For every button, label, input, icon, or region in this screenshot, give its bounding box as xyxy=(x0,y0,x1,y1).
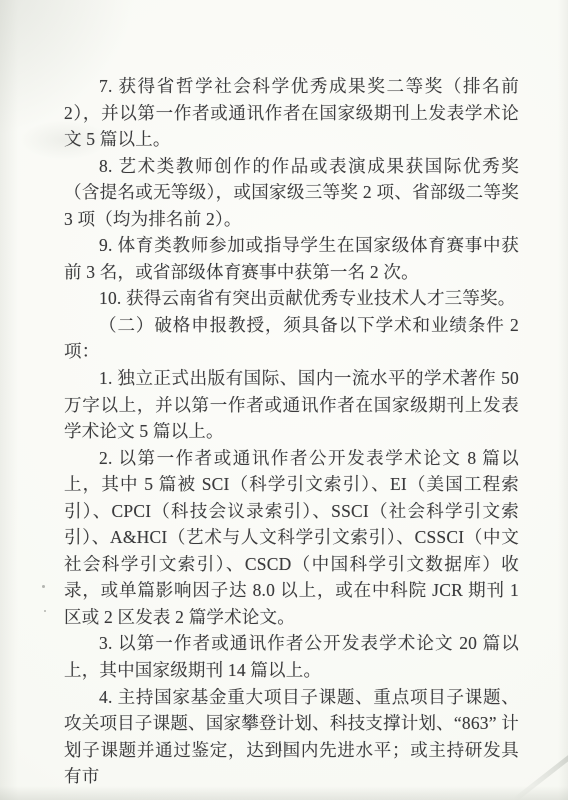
scan-speck xyxy=(44,610,46,612)
paragraph-condition-4: 4. 主持国家基金重大项目子课题、重点项目子课题、攻关项目子课题、国家攀登计划、… xyxy=(64,684,519,790)
paragraph-item-8: 8. 艺术类教师创作的作品或表演成果获国际优秀奖（含提名或无等级），或国家级三等… xyxy=(64,153,519,233)
paragraph-item-9: 9. 体育类教师参加或指导学生在国家级体育赛事中获前 3 名，或省部级体育赛事中… xyxy=(64,232,519,285)
paragraph-condition-1: 1. 独立正式出版有国际、国内一流水平的学术著作 50 万字以上，并以第一作者或… xyxy=(64,365,519,445)
document-page: 7. 获得省哲学社会科学优秀成果奖二等奖（排名前 2），并以第一作者或通讯作者在… xyxy=(0,0,568,800)
paragraph-item-7: 7. 获得省哲学社会科学优秀成果奖二等奖（排名前 2），并以第一作者或通讯作者在… xyxy=(64,73,519,153)
scan-shade-right-edge xyxy=(558,0,568,800)
page-number: 11 xyxy=(0,740,568,755)
document-body: 7. 获得省哲学社会科学优秀成果奖二等奖（排名前 2），并以第一作者或通讯作者在… xyxy=(64,73,519,790)
scan-scratch xyxy=(513,749,568,800)
scan-shade-left-edge xyxy=(0,0,18,800)
paragraph-condition-2: 2. 以第一作者或通讯作者公开发表学术论文 8 篇以上，其中 5 篇被 SCI（… xyxy=(64,445,519,631)
paragraph-condition-3: 3. 以第一作者或通讯作者公开发表学术论文 20 篇以上，其中国家级期刊 14 … xyxy=(64,630,519,683)
paragraph-section-2-heading: （二）破格申报教授，须具备以下学术和业绩条件 2 项： xyxy=(64,312,519,365)
scan-speck xyxy=(42,585,45,588)
paragraph-item-10: 10. 获得云南省有突出贡献优秀专业技术人才三等奖。 xyxy=(64,285,519,312)
